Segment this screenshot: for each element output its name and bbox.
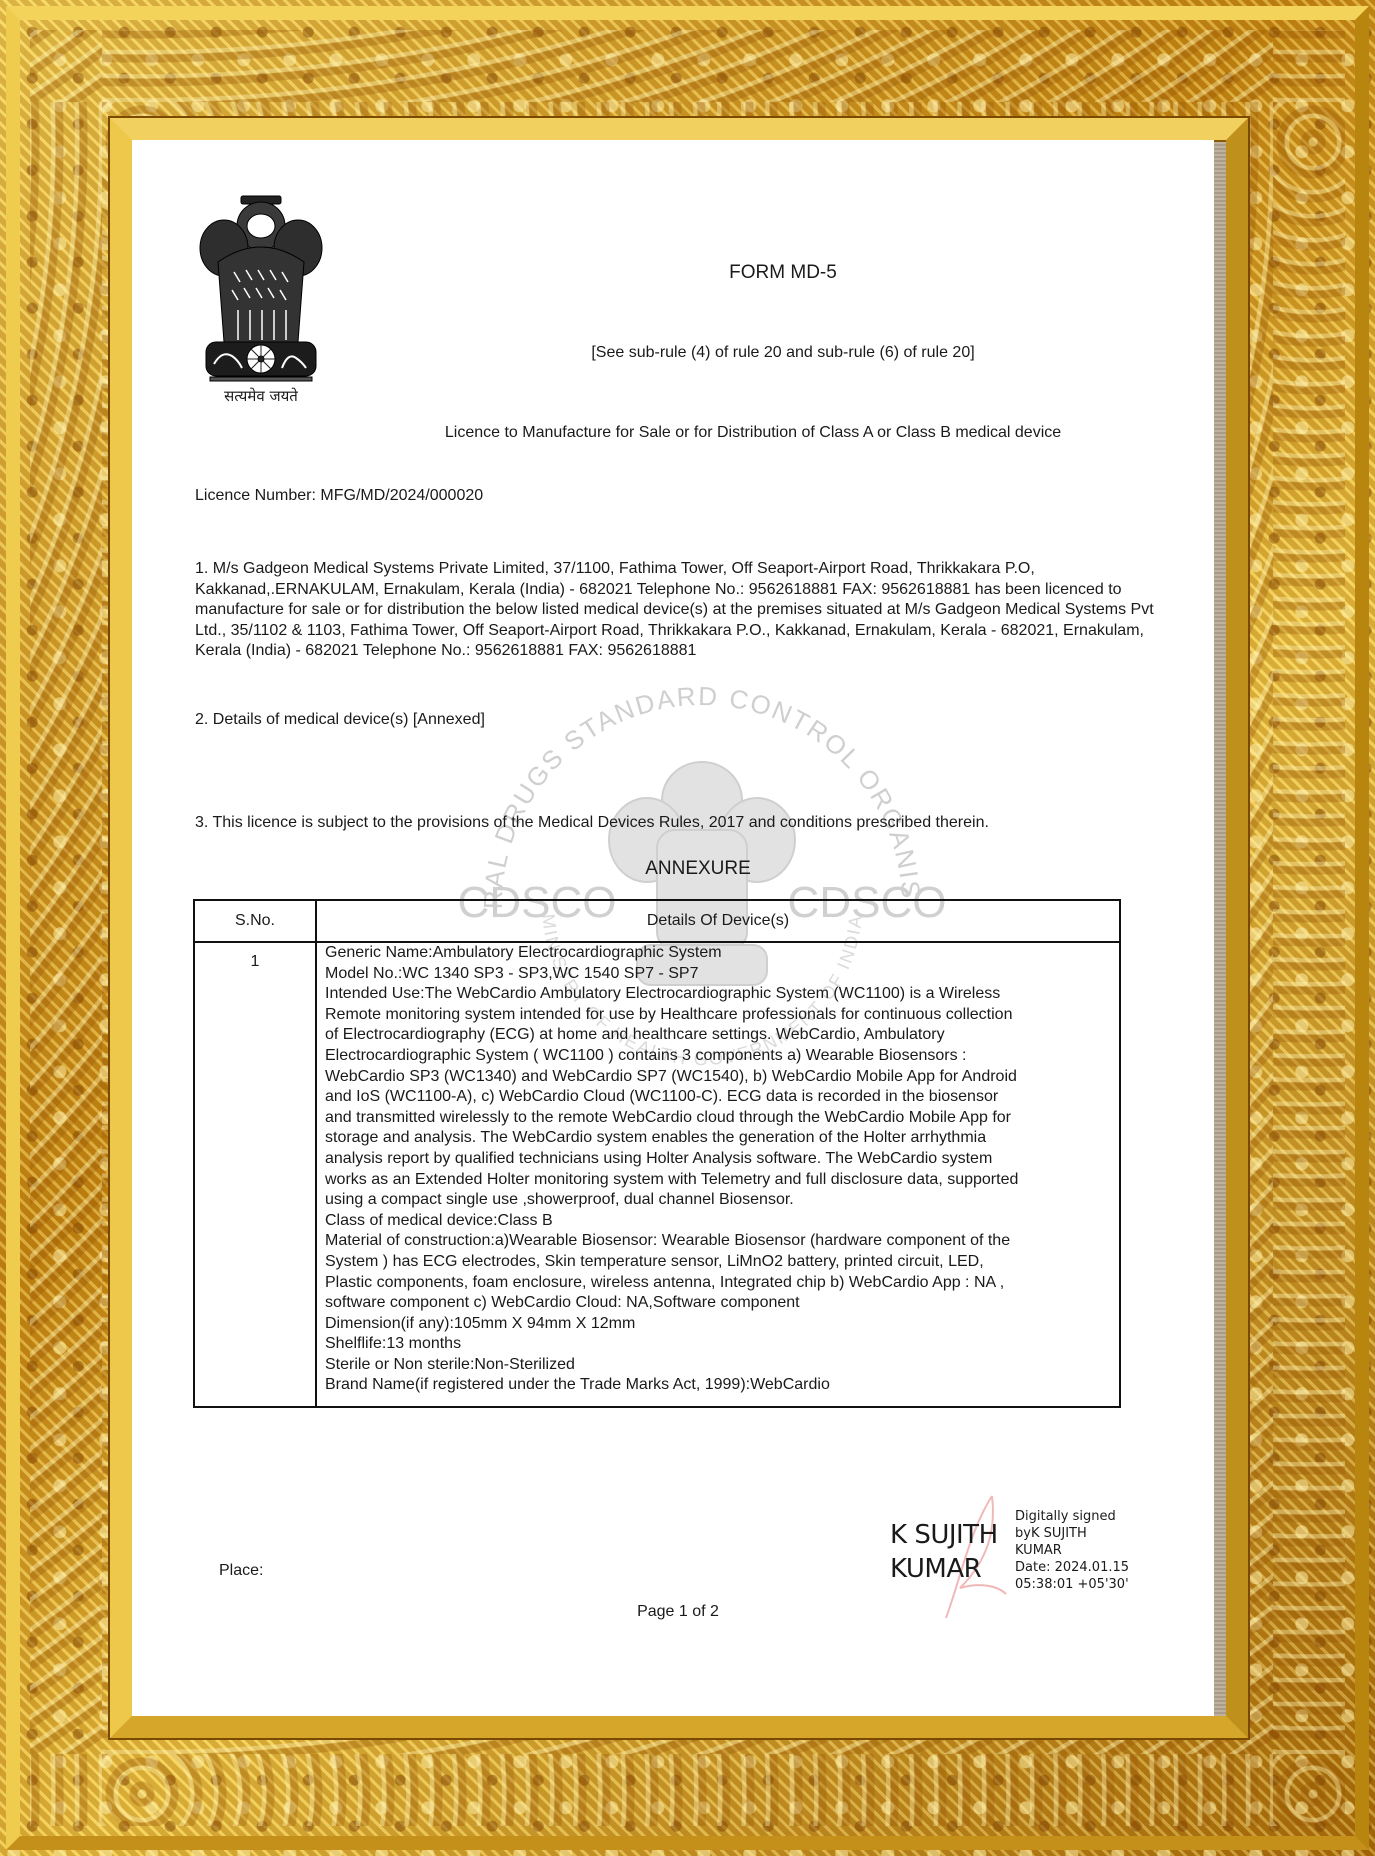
signature-meta-line: Digitally signed	[1015, 1508, 1129, 1525]
signer-name: K SUJITH KUMAR	[890, 1518, 998, 1586]
detail-shelflife: Shelflife:13 months	[325, 1334, 1025, 1355]
licence-document: CENTRAL DRUGS STANDARD CONTROL ORGANISAT…	[132, 140, 1214, 1716]
table-header-row: S.No. Details Of Device(s)	[194, 900, 1120, 942]
detail-generic-name: Generic Name:Ambulatory Electrocardiogra…	[325, 943, 1025, 964]
licensee-paragraph: 1. M/s Gadgeon Medical Systems Private L…	[195, 559, 1155, 662]
digital-signature-details: Digitally signed byK SUJITH KUMAR Date: …	[1015, 1508, 1129, 1593]
detail-brand-name: Brand Name(if registered under the Trade…	[325, 1375, 1025, 1396]
column-header-details: Details Of Device(s)	[316, 900, 1120, 942]
device-details-paragraph: 2. Details of medical device(s) [Annexed…	[195, 710, 1155, 731]
licence-number: Licence Number: MFG/MD/2024/000020	[195, 487, 483, 505]
signer-name-line-2: KUMAR	[890, 1552, 998, 1586]
annexure-title: ANNEXURE	[132, 858, 1214, 880]
subrule-reference: [See sub-rule (4) of rule 20 and sub-rul…	[132, 344, 1214, 362]
column-header-sno: S.No.	[194, 900, 316, 942]
signature-meta-line: byK SUJITH	[1015, 1525, 1129, 1542]
emblem-motto: सत्यमेव जयते	[194, 386, 328, 406]
detail-sterility: Sterile or Non sterile:Non-Sterilized	[325, 1355, 1025, 1376]
state-emblem-icon	[194, 192, 328, 392]
row-device-details: Generic Name:Ambulatory Electrocardiogra…	[316, 942, 1120, 1407]
detail-intended-use: Intended Use:The WebCardio Ambulatory El…	[325, 984, 1025, 1211]
detail-material: Material of construction:a)Wearable Bios…	[325, 1231, 1025, 1313]
detail-model-no: Model No.:WC 1340 SP3 - SP3,WC 1540 SP7 …	[325, 964, 1025, 985]
signature-time: 05:38:01 +05'30'	[1015, 1576, 1129, 1593]
detail-device-class: Class of medical device:Class B	[325, 1211, 1025, 1232]
signature-date: Date: 2024.01.15	[1015, 1559, 1129, 1576]
licence-conditions-paragraph: 3. This licence is subject to the provis…	[195, 813, 1155, 834]
row-sno: 1	[194, 942, 316, 1407]
place-label: Place:	[219, 1562, 263, 1580]
annexure-table: S.No. Details Of Device(s) 1 Generic Nam…	[193, 899, 1121, 1408]
detail-dimension: Dimension(if any):105mm X 94mm X 12mm	[325, 1314, 1025, 1335]
form-title: FORM MD-5	[132, 262, 1214, 284]
page-indicator: Page 1 of 2	[132, 1603, 1214, 1621]
frame-linen-liner	[1214, 142, 1226, 1716]
licence-title: Licence to Manufacture for Sale or for D…	[132, 424, 1214, 442]
signature-meta-line: KUMAR	[1015, 1542, 1129, 1559]
signer-name-line-1: K SUJITH	[890, 1518, 998, 1552]
table-row: 1 Generic Name:Ambulatory Electrocardiog…	[194, 942, 1120, 1407]
